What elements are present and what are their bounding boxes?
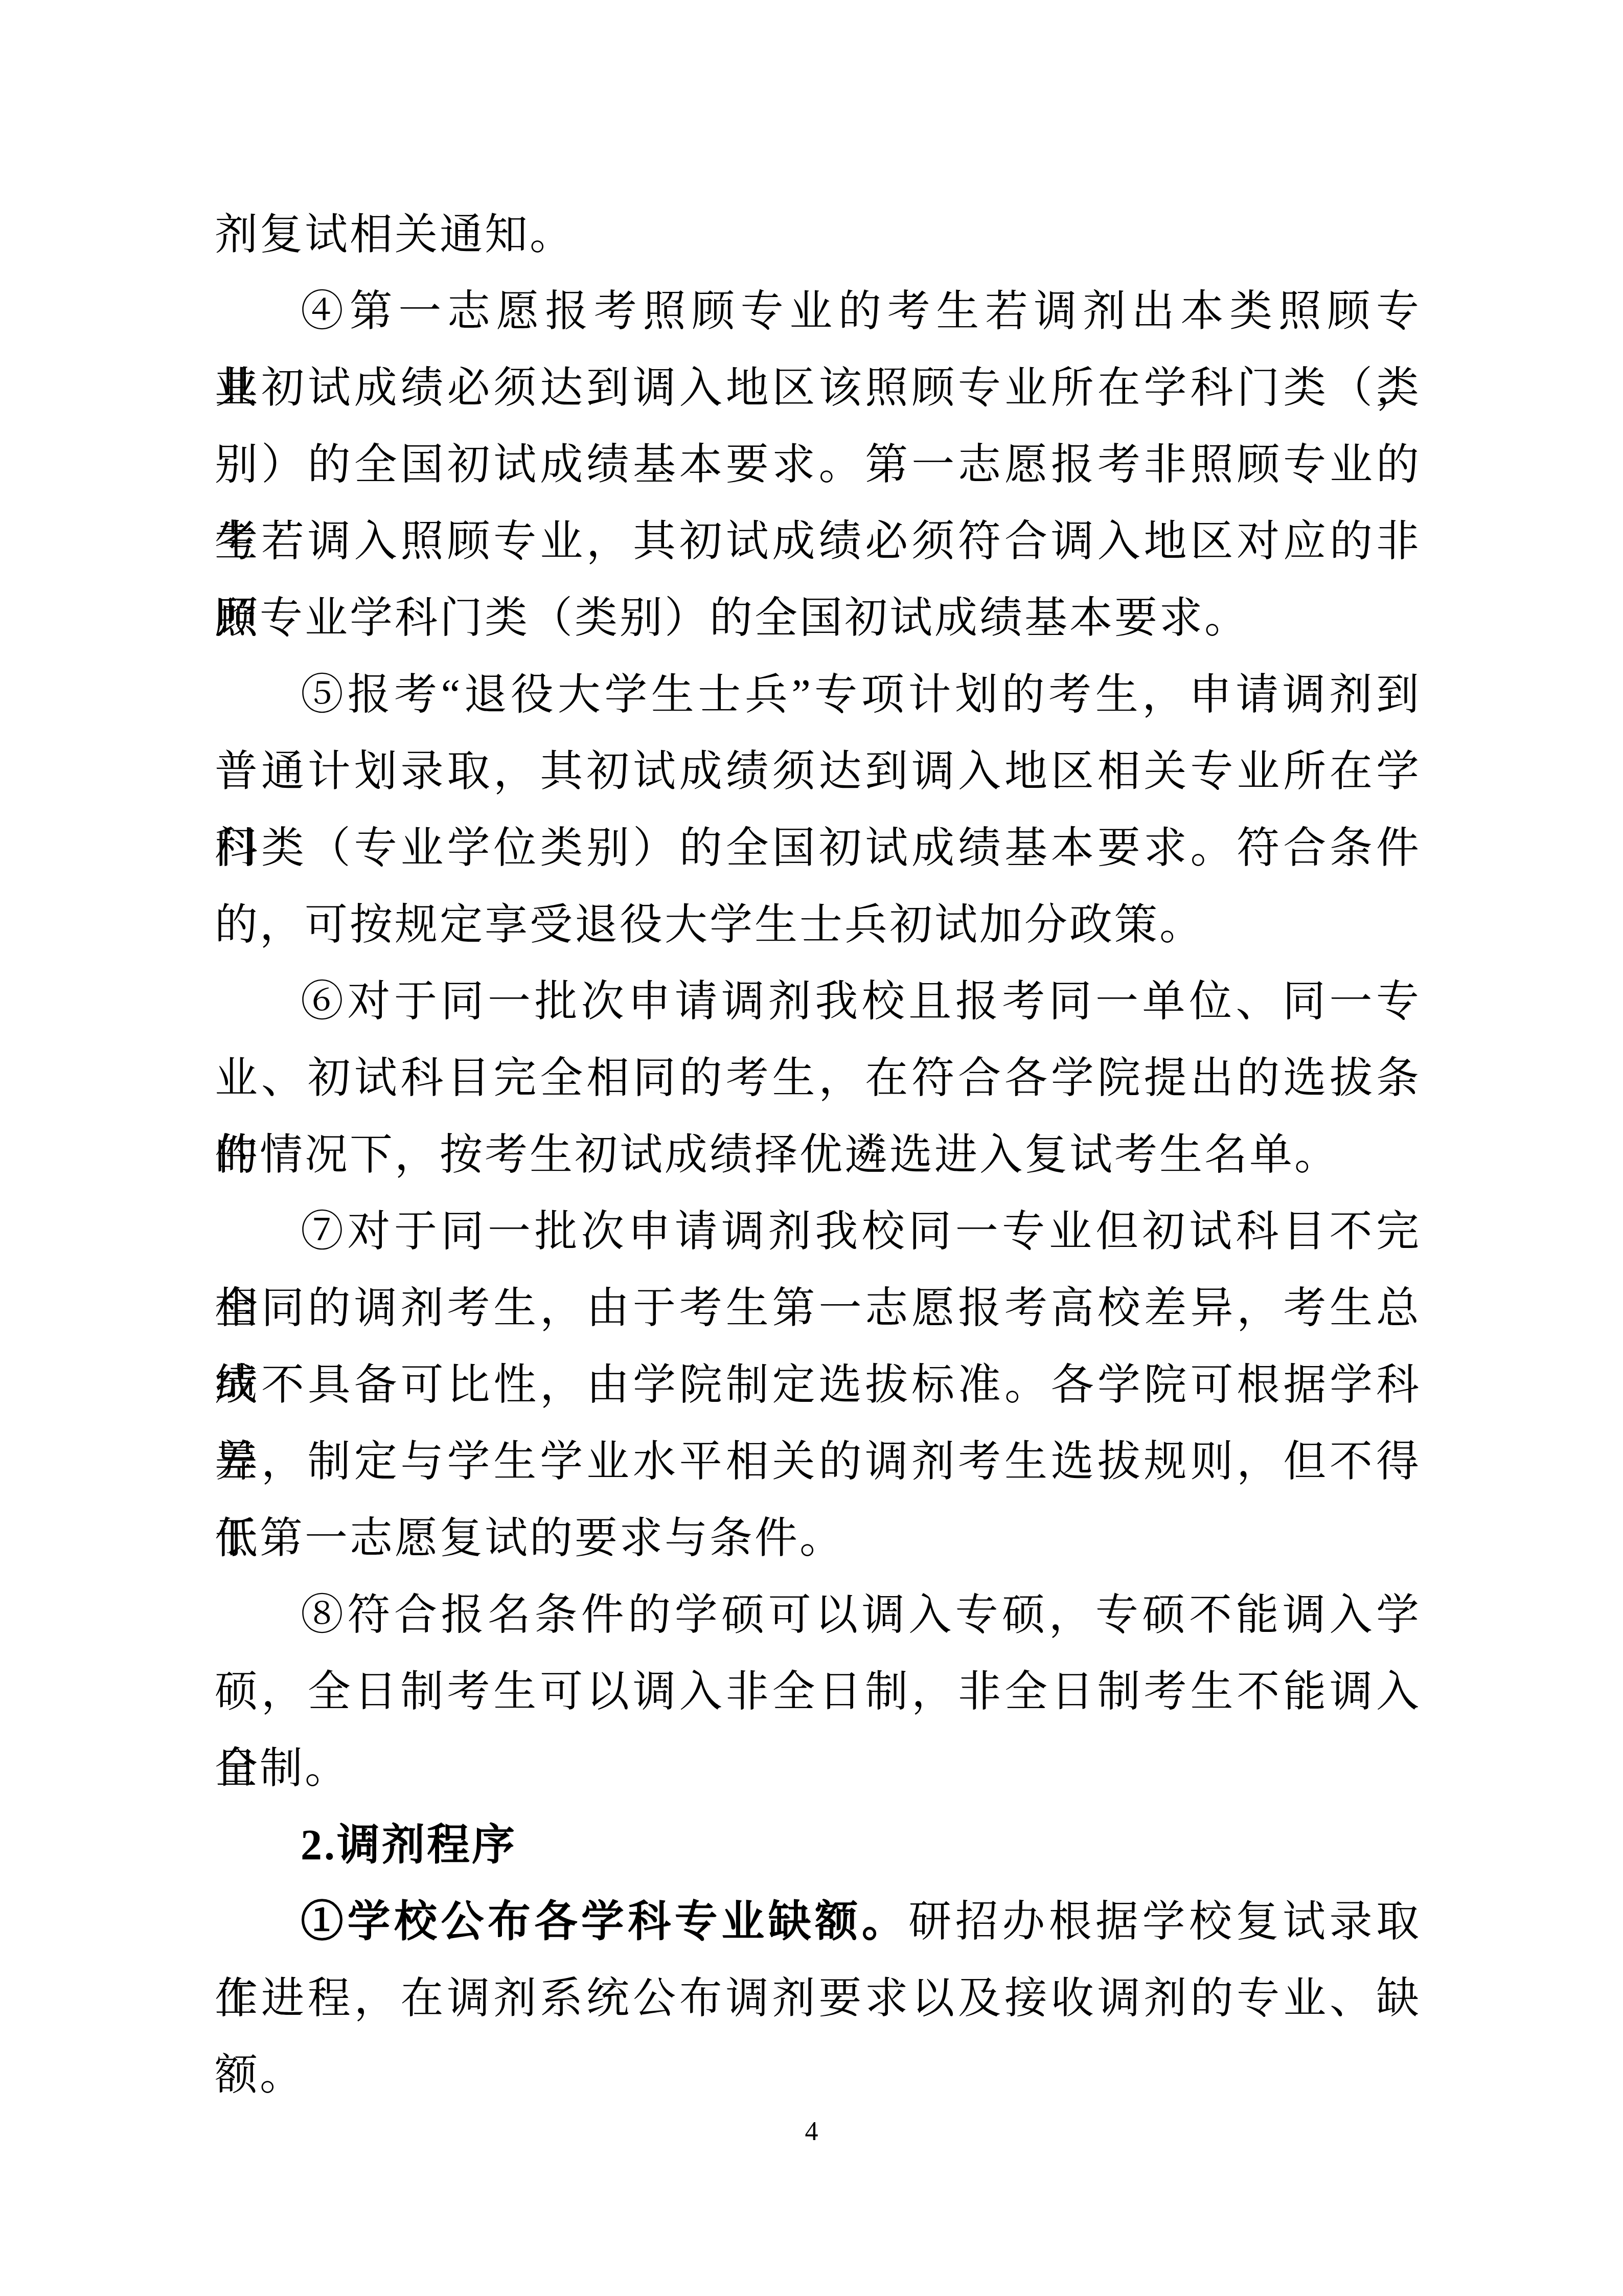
text-line: ⑤报考“退役大学生士兵”专项计划的考生，申请调剂到: [215, 657, 1421, 734]
text-line: ⑦对于同一批次申请调剂我校同一专业但初试科目不完全: [215, 1194, 1421, 1270]
document-text-block: 剂复试相关通知。④第一志愿报考照顾专业的考生若调剂出本类照顾专业，其初试成绩必须…: [215, 197, 1421, 2114]
text-line: 额。: [215, 2037, 1421, 2114]
text-segment: 门类（专业学位类别）的全国初试成绩基本要求。符合条件: [215, 825, 1421, 872]
text-line: 于第一志愿复试的要求与条件。: [215, 1501, 1421, 1577]
text-segment: 额。: [215, 2052, 305, 2099]
text-line: 2.调剂程序: [215, 1807, 1421, 1884]
text-line: 门类（专业学位类别）的全国初试成绩基本要求。符合条件: [215, 810, 1421, 887]
text-segment: 日制。: [215, 1745, 350, 1792]
text-segment: 的情况下，按考生初试成绩择优遴选进入复试考生名单。: [215, 1131, 1339, 1179]
text-line: 普通计划录取，其初试成绩须达到调入地区相关专业所在学科: [215, 734, 1421, 810]
text-line: 相同的调剂考生，由于考生第一志愿报考高校差异，考生总成: [215, 1270, 1421, 1347]
text-segment: 剂复试相关通知。: [215, 211, 575, 259]
text-segment: 于第一志愿复试的要求与条件。: [215, 1515, 844, 1562]
text-line: 的，可按规定享受退役大学生士兵初试加分政策。: [215, 887, 1421, 964]
text-line: ⑧符合报名条件的学硕可以调入专硕，专硕不能调入学: [215, 1577, 1421, 1654]
text-segment-bold: ①学校公布各学科专业缺额。: [301, 1898, 908, 1946]
text-segment: 顾专业学科门类（类别）的全国初试成绩基本要求。: [215, 595, 1249, 642]
text-line: ④第一志愿报考照顾专业的考生若调剂出本类照顾专业，: [215, 274, 1421, 350]
text-line: 异，制定与学生学业水平相关的调剂考生选拔规则，但不得低: [215, 1424, 1421, 1501]
text-line: 绩不具备可比性，由学院制定选拔标准。各学院可根据学科差: [215, 1347, 1421, 1424]
text-line: 硕，全日制考生可以调入非全日制，非全日制考生不能调入全: [215, 1654, 1421, 1731]
page-number: 4: [0, 2117, 1623, 2147]
text-line: ①学校公布各学科专业缺额。研招办根据学校复试录取工: [215, 1884, 1421, 1961]
text-line: 顾专业学科门类（类别）的全国初试成绩基本要求。: [215, 580, 1421, 657]
document-page: 剂复试相关通知。④第一志愿报考照顾专业的考生若调剂出本类照顾专业，其初试成绩必须…: [0, 0, 1623, 2296]
text-line: 的情况下，按考生初试成绩择优遴选进入复试考生名单。: [215, 1117, 1421, 1194]
text-line: 生若调入照顾专业，其初试成绩必须符合调入地区对应的非照: [215, 504, 1421, 580]
text-line: ⑥对于同一批次申请调剂我校且报考同一单位、同一专: [215, 964, 1421, 1040]
text-line: 日制。: [215, 1731, 1421, 1807]
text-line: 作进程，在调剂系统公布调剂要求以及接收调剂的专业、缺: [215, 1961, 1421, 2037]
text-segment: ⑥对于同一批次申请调剂我校且报考同一单位、同一专: [301, 978, 1421, 1026]
text-line: 其初试成绩必须达到调入地区该照顾专业所在学科门类（类: [215, 350, 1421, 427]
text-segment: 的，可按规定享受退役大学生士兵初试加分政策。: [215, 901, 1204, 949]
text-segment: 其初试成绩必须达到调入地区该照顾专业所在学科门类（类: [215, 365, 1421, 412]
text-segment-bold: 2.调剂程序: [301, 1822, 517, 1869]
text-segment: 作进程，在调剂系统公布调剂要求以及接收调剂的专业、缺: [215, 1975, 1421, 2022]
text-line: 业、初试科目完全相同的考生，在符合各学院提出的选拔条件: [215, 1040, 1421, 1117]
text-line: 剂复试相关通知。: [215, 197, 1421, 274]
text-line: 别）的全国初试成绩基本要求。第一志愿报考非照顾专业的考: [215, 427, 1421, 504]
text-segment: ⑤报考“退役大学生士兵”专项计划的考生，申请调剂到: [301, 671, 1421, 719]
text-segment: ⑧符合报名条件的学硕可以调入专硕，专硕不能调入学: [301, 1592, 1421, 1639]
